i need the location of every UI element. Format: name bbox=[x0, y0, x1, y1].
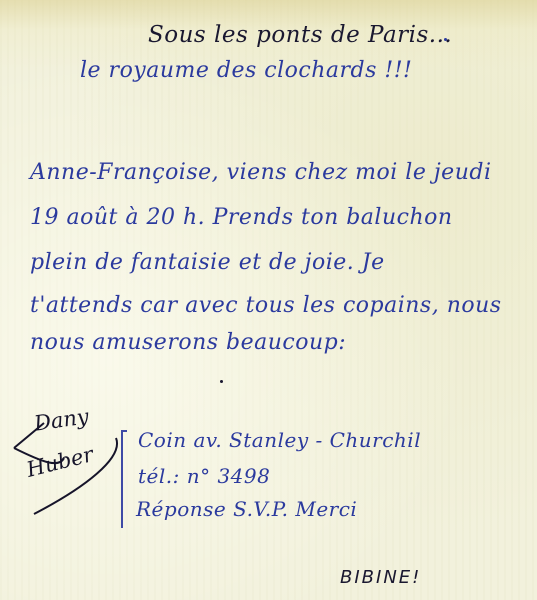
title-line-1: Sous les ponts de Paris... bbox=[148, 22, 452, 48]
body-line: nous amuserons beaucoup: bbox=[30, 330, 346, 355]
phone-line: tél.: n° 3498 bbox=[138, 464, 270, 488]
rsvp-line: Réponse S.V.P. Merci bbox=[136, 497, 357, 521]
address-bracket bbox=[121, 430, 127, 528]
signature-flourish-icon bbox=[4, 408, 124, 516]
title-line-2: le royaume des clochards !!! bbox=[80, 58, 412, 83]
address-line: Coin av. Stanley - Churchil bbox=[138, 428, 421, 452]
signature: Dany Huber bbox=[4, 408, 124, 516]
footer-note: BIBINE! bbox=[340, 567, 421, 588]
body-line: 19 août à 20 h. Prends ton baluchon bbox=[30, 205, 453, 230]
ink-dot bbox=[220, 380, 223, 383]
letter-paper: Sous les ponts de Paris... le royaume de… bbox=[0, 0, 537, 600]
body-line: t'attends car avec tous les copains, nou… bbox=[30, 293, 502, 318]
body-line: Anne-Françoise, viens chez moi le jeudi bbox=[30, 160, 492, 185]
body-line: plein de fantaisie et de joie. Je bbox=[30, 250, 385, 275]
ink-dot bbox=[444, 38, 447, 41]
